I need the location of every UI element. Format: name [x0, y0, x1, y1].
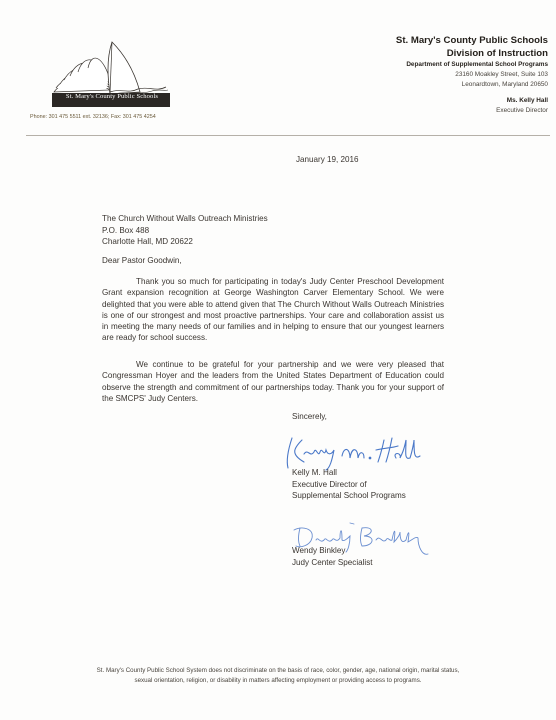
director-title: Executive Director: [396, 106, 548, 116]
signatory-1-title-line-2: Supplemental School Programs: [292, 490, 406, 502]
contact-info: Phone: 301 475 5511 ext. 32136; Fax: 301…: [30, 114, 156, 120]
department-name: Department of Supplemental School Progra…: [396, 60, 548, 70]
address-line-1: 23160 Moakley Street, Suite 103: [396, 70, 548, 80]
paragraph-1-text: Thank you so much for participating in t…: [102, 277, 444, 342]
nondiscrimination-footer: St. Mary's County Public School System d…: [20, 666, 536, 686]
paragraph-2: We continue to be grateful for your part…: [102, 359, 444, 404]
signatory-2: Wendy Binkley Judy Center Specialist: [292, 545, 373, 568]
recipient-line-1: The Church Without Walls Outreach Minist…: [102, 213, 268, 225]
address-line-2: Leonardtown, Maryland 20650: [396, 80, 548, 90]
footer-line-2: sexual orientation, religion, or disabil…: [20, 676, 536, 686]
header-divider: [26, 135, 550, 136]
director-name: Ms. Kelly Hall: [396, 96, 548, 106]
logo-banner-text: St. Mary's County Public Schools: [52, 93, 172, 100]
letter-page: St. Mary's County Public Schools Phone: …: [0, 0, 556, 720]
recipient-line-3: Charlotte Hall, MD 20622: [102, 236, 268, 248]
organization-header: St. Mary's County Public Schools Divisio…: [396, 34, 548, 116]
salutation: Dear Pastor Goodwin,: [102, 256, 182, 265]
footer-line-1: St. Mary's County Public School System d…: [20, 666, 536, 676]
signatory-1-name: Kelly M. Hall: [292, 467, 406, 479]
recipient-line-2: P.O. Box 488: [102, 225, 268, 237]
recipient-address: The Church Without Walls Outreach Minist…: [102, 213, 268, 248]
paragraph-1: Thank you so much for participating in t…: [102, 276, 444, 344]
paragraph-2-text: We continue to be grateful for your part…: [102, 360, 444, 403]
signatory-1-title-line-1: Executive Director of: [292, 479, 406, 491]
closing: Sincerely,: [292, 412, 327, 421]
organization-name: St. Mary's County Public Schools: [396, 34, 548, 47]
signatory-2-name: Wendy Binkley: [292, 545, 373, 557]
division-name: Division of Instruction: [396, 47, 548, 60]
signatory-2-title: Judy Center Specialist: [292, 557, 373, 569]
signatory-1: Kelly M. Hall Executive Director of Supp…: [292, 467, 406, 502]
kelly-hall-signature-icon: [280, 432, 430, 472]
letter-date: January 19, 2016: [296, 155, 359, 164]
